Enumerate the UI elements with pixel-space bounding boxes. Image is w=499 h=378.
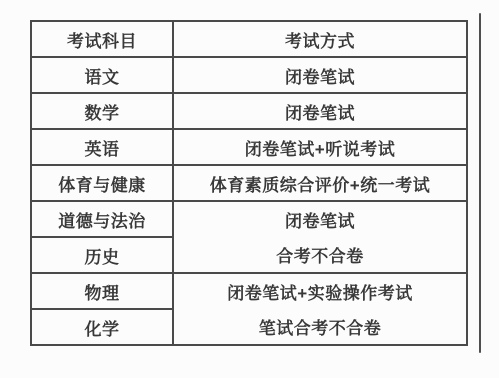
method-cell-tiyu: 体育素质综合评价+统一考试 — [174, 166, 466, 200]
method-cell-shuxue: 闭卷笔试 — [174, 94, 466, 128]
method-cell-yuwen: 闭卷笔试 — [174, 58, 466, 92]
screenshot-canvas: 考试科目 考试方式 语文 闭卷笔试 数学 闭卷笔试 英语 闭卷笔试+听说考试 体… — [0, 0, 499, 378]
subject-cell-daode: 道德与法治 — [32, 202, 172, 236]
subject-cell-yuwen: 语文 — [32, 58, 172, 92]
method-cell-merged-daode-lishi: 闭卷笔试 合考不合卷 — [174, 202, 466, 272]
subject-cell-shuxue: 数学 — [32, 94, 172, 128]
subject-cell-wuli: 物理 — [32, 274, 172, 308]
method-line: 笔试合考不合卷 — [174, 309, 466, 344]
method-line: 合考不合卷 — [174, 237, 466, 272]
exam-subjects-table: 考试科目 考试方式 语文 闭卷笔试 数学 闭卷笔试 英语 闭卷笔试+听说考试 体… — [30, 20, 468, 346]
subject-cell-huaxue: 化学 — [32, 310, 172, 344]
subject-cell-tiyu: 体育与健康 — [32, 166, 172, 200]
header-cell-subject: 考试科目 — [32, 22, 172, 56]
method-cell-merged-wuli-huaxue: 闭卷笔试+实验操作考试 笔试合考不合卷 — [174, 274, 466, 344]
header-cell-method: 考试方式 — [174, 22, 466, 56]
method-cell-yingyu: 闭卷笔试+听说考试 — [174, 130, 466, 164]
method-line: 闭卷笔试+实验操作考试 — [174, 274, 466, 309]
subject-cell-lishi: 历史 — [32, 238, 172, 272]
method-line: 闭卷笔试 — [174, 202, 466, 237]
subject-cell-yingyu: 英语 — [32, 130, 172, 164]
page-edge-line — [479, 13, 481, 353]
